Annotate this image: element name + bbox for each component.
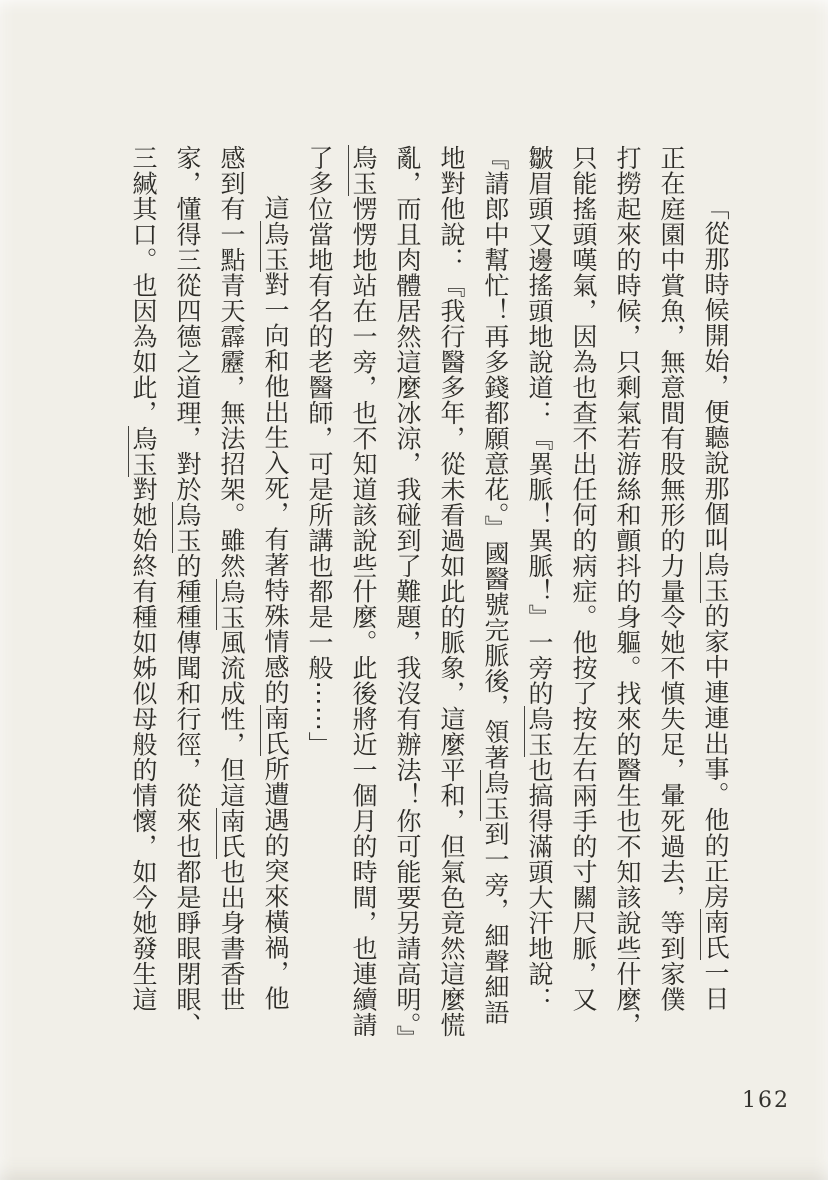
text-run: 到一旁，細聲細語 <box>481 821 508 1025</box>
text-run: 風流成性，但這 <box>217 630 244 809</box>
proper-noun-marked-text: 南氏 <box>216 808 244 859</box>
proper-noun-marked-text: 南氏 <box>700 909 728 960</box>
paragraph: 「從那時候開始，便聽說那個叫烏玉的家中連連出事。他的正房南氏一日正在庭園中賞魚，… <box>296 145 736 1047</box>
proper-noun-marked-text: 烏玉 <box>524 706 552 757</box>
text-run: 地對他說：『我行醫多年，從未看過如此的脈象，這麼平和，但氣色竟然這麼慌 <box>437 145 464 1038</box>
text-run: 亂，而且肉體居然這麼冰涼，我碰到了難題，我沒有辦法！你可能要另請高明。』 <box>393 145 420 1051</box>
text-column: 了多位當地有名的老醫師，可是所講也都是一般⋯⋯」 <box>296 145 340 1047</box>
text-run: 愣愣地站在一旁，也不知道該說些什麼。此後將近一個月的時間，也連續請 <box>349 196 376 1038</box>
text-column: 只能搖頭嘆氣，因為也查不出任何的病症。他按了按左右兩手的寸關尺脈，又 <box>560 145 604 1047</box>
text-run: 也搞得滿頭大汗地說： <box>525 757 552 1012</box>
text-run: 對一向和他出生入死，有著特殊情感的 <box>261 272 288 706</box>
text-column: 烏玉愣愣地站在一旁，也不知道該說些什麼。此後將近一個月的時間，也連續請 <box>340 145 384 1047</box>
text-column: 皺眉頭又邊搖頭地說道：『異脈！異脈！』一旁的烏玉也搞得滿頭大汗地說： <box>516 145 560 1047</box>
text-run: 『請郎中幫忙！再多錢都願意花。』國醫號完脈後，領著 <box>481 145 508 770</box>
text-run: 正在庭園中賞魚，無意間有股無形的力量令她不慎失足，暈死過去，等到家僕 <box>657 145 684 1012</box>
text-run: 一日 <box>701 960 728 1011</box>
text-run: 的家中連連出事。他的正房 <box>701 603 728 909</box>
text-column: 正在庭園中賞魚，無意間有股無形的力量令她不慎失足，暈死過去，等到家僕 <box>648 145 692 1047</box>
proper-noun-marked-text: 烏玉 <box>480 770 508 821</box>
page-number: 162 <box>742 1088 790 1113</box>
text-column: 三緘其口。也因為如此，烏玉對她始終有種如姊似母般的情懷，如今她發生這 <box>120 145 164 1047</box>
text-column: 「從那時候開始，便聽說那個叫烏玉的家中連連出事。他的正房南氏一日 <box>692 145 736 1047</box>
text-run: 「從那時候開始，便聽說那個叫 <box>701 195 728 552</box>
text-column: 亂，而且肉體居然這麼冰涼，我碰到了難題，我沒有辦法！你可能要另請高明。』 <box>384 145 428 1047</box>
text-run: 的種種傳聞和行徑，從來也都是睜眼閉眼、 <box>173 553 200 1038</box>
text-run: 也出身書香世 <box>217 859 244 1012</box>
text-column: 『請郎中幫忙！再多錢都願意花。』國醫號完脈後，領著烏玉到一旁，細聲細語 <box>472 145 516 1047</box>
text-run: 家，懂得三從四德之道理，對於 <box>173 145 200 502</box>
text-run: 皺眉頭又邊搖頭地說道：『異脈！異脈！』一旁的 <box>525 145 552 706</box>
text-run: 三緘其口。也因為如此， <box>129 145 156 426</box>
book-page: 「從那時候開始，便聽說那個叫烏玉的家中連連出事。他的正房南氏一日正在庭園中賞魚，… <box>0 0 828 1180</box>
proper-noun-marked-text: 烏玉 <box>128 426 156 477</box>
text-column: 這烏玉對一向和他出生入死，有著特殊情感的南氏所遭遇的突來橫禍，他 <box>252 145 296 1047</box>
text-run: 只能搖頭嘆氣，因為也查不出任何的病症。他按了按左右兩手的寸關尺脈，又 <box>569 145 596 1012</box>
text-column: 家，懂得三從四德之道理，對於烏玉的種種傳聞和行徑，從來也都是睜眼閉眼、 <box>164 145 208 1047</box>
proper-noun-marked-text: 烏玉 <box>172 502 200 553</box>
text-run: 對她始終有種如姊似母般的情懷，如今她發生這 <box>129 477 156 1013</box>
text-column: 地對他說：『我行醫多年，從未看過如此的脈象，這麼平和，但氣色竟然這麼慌 <box>428 145 472 1047</box>
proper-noun-marked-text: 南氏 <box>260 705 288 756</box>
text-column: 感到有一點青天霹靂，無法招架。雖然烏玉風流成性，但這南氏也出身書香世 <box>208 145 252 1047</box>
text-run: 這 <box>261 195 288 221</box>
text-column: 打撈起來的時候，只剩氣若游絲和顫抖的身軀。找來的醫生也不知該說些什麼， <box>604 145 648 1047</box>
text-run: 打撈起來的時候，只剩氣若游絲和顫抖的身軀。找來的醫生也不知該說些什麼， <box>613 145 640 1038</box>
proper-noun-marked-text: 烏玉 <box>260 221 288 272</box>
proper-noun-marked-text: 烏玉 <box>348 145 376 196</box>
text-run: 了多位當地有名的老醫師，可是所講也都是一般⋯⋯」 <box>305 145 332 757</box>
paragraph: 這烏玉對一向和他出生入死，有著特殊情感的南氏所遭遇的突來橫禍，他感到有一點青天霹… <box>120 145 296 1047</box>
vertical-text-block: 「從那時候開始，便聽說那個叫烏玉的家中連連出事。他的正房南氏一日正在庭園中賞魚，… <box>116 145 736 1047</box>
proper-noun-marked-text: 烏玉 <box>700 552 728 603</box>
text-run: 所遭遇的突來橫禍，他 <box>261 756 288 1011</box>
text-run: 感到有一點青天霹靂，無法招架。雖然 <box>217 145 244 579</box>
proper-noun-marked-text: 烏玉 <box>216 579 244 630</box>
